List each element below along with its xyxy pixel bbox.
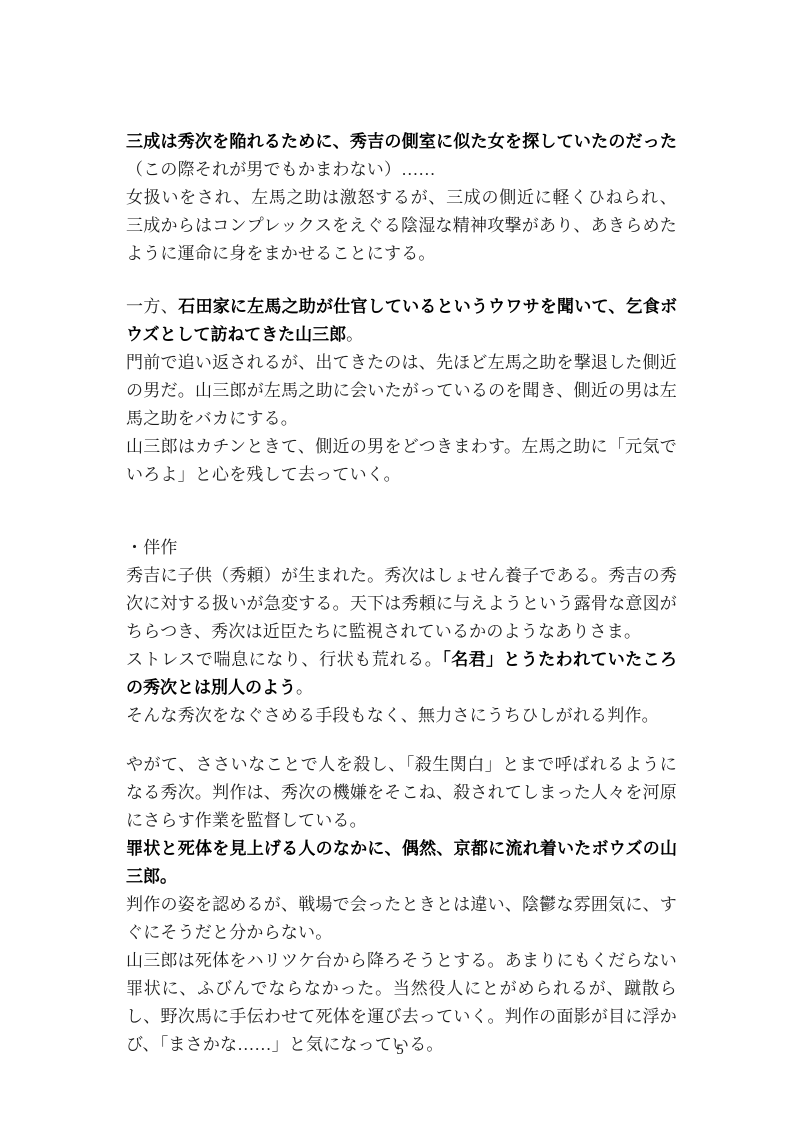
document-page: 三成は秀次を陥れるために、秀吉の側室に似た女を探していたのだった（この際それが男… bbox=[0, 0, 800, 1131]
paragraph: 秀吉に子供（秀頼）が生まれた。秀次はしょせん養子である。秀吉の秀次に対する扱いが… bbox=[126, 562, 677, 646]
text-run: 門前で追い返されるが、出てきたのは、先ほど左馬之助を撃退した側近の男だ。山三郎が… bbox=[126, 353, 677, 428]
text-run: ストレスで喘息になり、行状も荒れる。 bbox=[126, 650, 442, 669]
emphasis-text-run: 石田家に左馬之助が仕官しているというウワサを聞いて、乞食ボウズとして訪ねてきた山… bbox=[126, 297, 677, 344]
text-run: 。 bbox=[296, 678, 313, 697]
paragraph: 女扱いをされ、左馬之助は激怒するが、三成の側近に軽くひねられ、三成からはコンプレ… bbox=[126, 184, 677, 268]
paragraph: 一方、石田家に左馬之助が仕官しているというウワサを聞いて、乞食ボウズとして訪ねて… bbox=[126, 293, 677, 349]
paragraph-spacer bbox=[126, 730, 677, 751]
text-run: 女扱いをされ、左馬之助は激怒するが、三成の側近に軽くひねられ、三成からはコンプレ… bbox=[126, 188, 677, 263]
text-run: （この際それが男でもかまわない）…… bbox=[126, 160, 436, 179]
text-run: 秀吉に子供（秀頼）が生まれた。秀次はしょせん養子である。秀吉の秀次に対する扱いが… bbox=[126, 566, 677, 641]
text-run: そんな秀次をなぐさめる手段もなく、無力さにうちひしがれる判作。 bbox=[126, 706, 659, 725]
page-number: 5 bbox=[0, 1042, 800, 1059]
text-run: ・伴作 bbox=[126, 538, 178, 557]
paragraph: 三成は秀次を陥れるために、秀吉の側室に似た女を探していたのだった（この際それが男… bbox=[126, 128, 677, 184]
paragraph: ストレスで喘息になり、行状も荒れる。「名君」とうたわれていたころの秀次とは別人の… bbox=[126, 646, 677, 702]
text-run: 。 bbox=[346, 325, 363, 344]
text-run: 山三郎は死体をハリツケ台から降ろそうとする。あまりにもくだらない罪状に、ふびんで… bbox=[126, 951, 677, 1054]
paragraph: そんな秀次をなぐさめる手段もなく、無力さにうちひしがれる判作。 bbox=[126, 702, 677, 730]
emphasis-text-run: 罪状と死体を見上げる人のなかに、偶然、京都に流れ着いたボウズの山三郎。 bbox=[126, 839, 677, 886]
text-run: 判作の姿を認めるが、戦場で会ったときとは違い、陰鬱な雰囲気に、すぐにそうだと分か… bbox=[126, 895, 677, 942]
emphasis-text-run: 三成は秀次を陥れるために、秀吉の側室に似た女を探していたのだった bbox=[126, 132, 677, 151]
paragraph: 山三郎はカチンときて、側近の男をどつきまわす。左馬之助に「元気でいろよ」と心を残… bbox=[126, 433, 677, 489]
text-run: 一方、 bbox=[126, 297, 178, 316]
text-run: やがて、ささいなことで人を殺し、「殺生関白」とまで呼ばれるようになる秀次。判作は… bbox=[126, 755, 677, 830]
document-body: 三成は秀次を陥れるために、秀吉の側室に似た女を探していたのだった（この際それが男… bbox=[126, 128, 677, 1059]
paragraph: 罪状と死体を見上げる人のなかに、偶然、京都に流れ着いたボウズの山三郎。 bbox=[126, 835, 677, 891]
paragraph-spacer bbox=[126, 268, 677, 293]
paragraph-spacer bbox=[126, 489, 677, 534]
section-heading: ・伴作 bbox=[126, 534, 677, 562]
paragraph: 門前で追い返されるが、出てきたのは、先ほど左馬之助を撃退した側近の男だ。山三郎が… bbox=[126, 349, 677, 433]
text-run: 山三郎はカチンときて、側近の男をどつきまわす。左馬之助に「元気でいろよ」と心を残… bbox=[126, 437, 677, 484]
paragraph: 判作の姿を認めるが、戦場で会ったときとは違い、陰鬱な雰囲気に、すぐにそうだと分か… bbox=[126, 891, 677, 947]
paragraph: やがて、ささいなことで人を殺し、「殺生関白」とまで呼ばれるようになる秀次。判作は… bbox=[126, 751, 677, 835]
